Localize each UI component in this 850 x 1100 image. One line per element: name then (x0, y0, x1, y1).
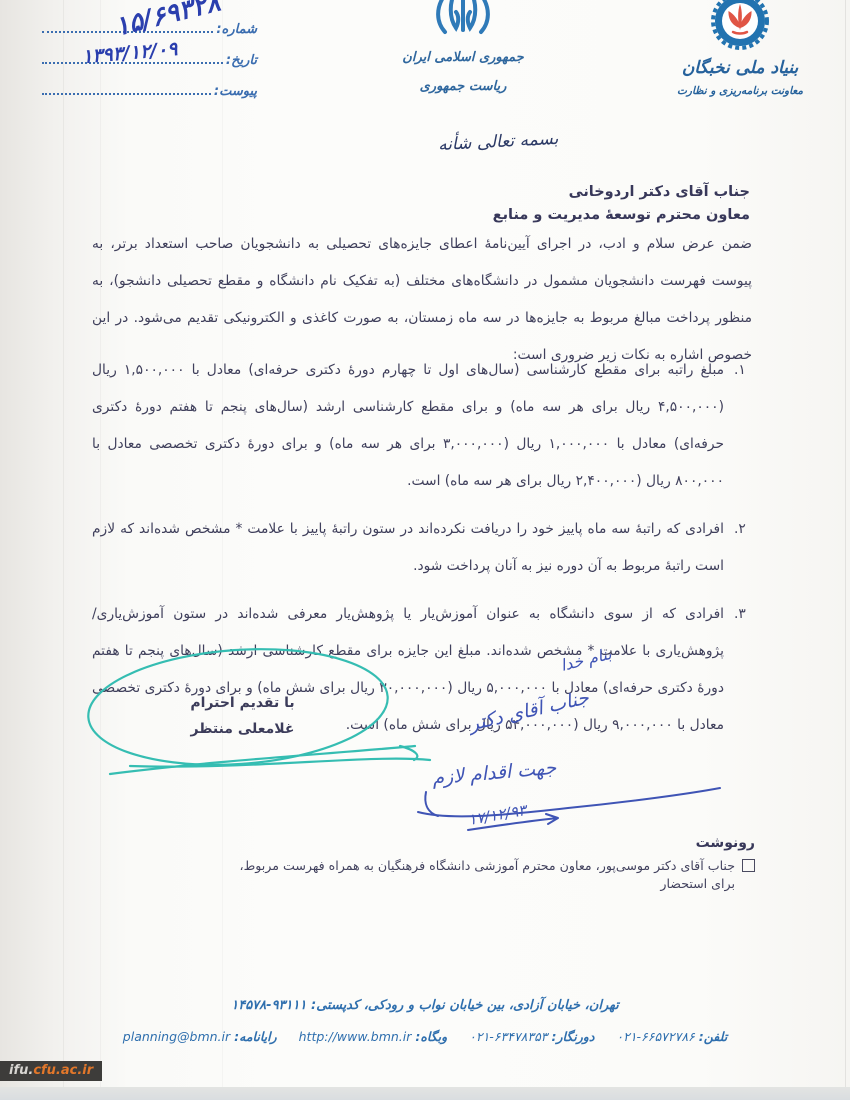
foundation-name: بنیاد ملی نخبگان (655, 58, 825, 78)
signature-block: با تقدیم احترام غلامعلی منتظر (155, 690, 330, 742)
footer-email-value: planning@bmn.ir (123, 1029, 230, 1044)
reference-block: شماره: تاریخ: پیوست: ۱۵/۶۹۳۲۸ ۱۳۹۳/۱۲/۰۹ (42, 6, 257, 99)
elites-foundation-logo-icon (655, 0, 825, 58)
gov-line2: ریاست جمهوری (388, 79, 538, 94)
foundation-dept: معاونت برنامه‌ریزی و نظارت (655, 85, 825, 97)
ref-date-label: تاریخ: (226, 53, 257, 68)
footer-email: رایانامه: planning@bmn.ir (123, 1029, 277, 1044)
ref-attachment-dotted-line (42, 92, 211, 95)
site-watermark: ifu.cfu.ac.ir (0, 1061, 102, 1081)
watermark-domain: cfu.ac.ir (33, 1063, 93, 1078)
footer-email-label: رایانامه: (234, 1029, 276, 1044)
footer-contacts: تلفن: ۰۲۱-۶۶۵۷۲۷۸۶ دورنگار: ۰۲۱-۶۳۴۷۸۳۵۳… (0, 1029, 850, 1044)
ref-attachment-row: پیوست: (42, 68, 257, 99)
cc-item-text: جناب آقای دکتر موسی‌پور، معاون محترم آمو… (225, 857, 735, 893)
cc-title: رونوشت (225, 835, 755, 851)
footer-address: تهران، خیابان آزادی، بین خیابان نواب و ر… (0, 998, 850, 1013)
footer-web-value: http://www.bmn.ir (299, 1029, 412, 1044)
footer-fax: دورنگار: ۰۲۱-۶۳۴۷۸۳۵۳ (469, 1029, 594, 1044)
list-item: ۲. افرادی که راتبهٔ سه ماه پاییز خود را … (92, 511, 752, 585)
footer-fax-label: دورنگار: (552, 1029, 595, 1044)
gov-line1: جمهوری اسلامی ایران (388, 50, 538, 65)
checkbox-icon (742, 859, 755, 872)
iran-emblem-icon (388, 0, 538, 46)
footer-web: وبگاه: http://www.bmn.ir (299, 1029, 448, 1044)
list-item-number: ۲. (734, 511, 752, 585)
scanned-letter-page: شماره: تاریخ: پیوست: ۱۵/۶۹۳۲۸ ۱۳۹۳/۱۲/۰۹ (0, 0, 850, 1100)
foundation-header: بنیاد ملی نخبگان معاونت برنامه‌ریزی و نظ… (655, 0, 825, 97)
list-item-text: مبلغ راتبه برای مقطع کارشناسی (سال‌های ا… (92, 352, 724, 500)
government-header: جمهوری اسلامی ایران ریاست جمهوری (388, 0, 538, 94)
letter-footer: تهران، خیابان آزادی، بین خیابان نواب و ر… (0, 998, 850, 1044)
recipient-block: جناب آقای دکتر اردوخانی معاون محترم توسع… (493, 181, 750, 227)
cc-item-row: جناب آقای دکتر موسی‌پور، معاون محترم آمو… (225, 857, 755, 893)
list-item: ۱. مبلغ راتبه برای مقطع کارشناسی (سال‌ها… (92, 352, 752, 500)
recipient-title: معاون محترم توسعهٔ مدیریت و منابع (493, 204, 750, 227)
handwritten-underline-stroke (408, 778, 728, 842)
list-item-text: افرادی که راتبهٔ سه ماه پاییز خود را دری… (92, 511, 724, 585)
recipient-name: جناب آقای دکتر اردوخانی (493, 181, 750, 204)
signature-respect-line: با تقدیم احترام (155, 690, 330, 716)
ref-number-label: شماره: (216, 22, 257, 37)
basmala-handwritten: بسمه تعالی شأنه (438, 129, 559, 155)
scan-edge (845, 0, 846, 1100)
footer-phone-label: تلفن: (699, 1029, 727, 1044)
footer-phone: تلفن: ۰۲۱-۶۶۵۷۲۷۸۶ (616, 1029, 727, 1044)
watermark-prefix: ifu. (9, 1063, 33, 1078)
list-item-number: ۱. (734, 352, 752, 500)
list-item-number: ۳. (734, 596, 752, 744)
footer-fax-value: ۰۲۱-۶۳۴۷۸۳۵۳ (469, 1029, 547, 1044)
signatory-name: غلامعلی منتظر (155, 716, 330, 742)
ref-attachment-label: پیوست: (214, 84, 257, 99)
footer-phone-value: ۰۲۱-۶۶۵۷۲۷۸۶ (616, 1029, 694, 1044)
footer-web-label: وبگاه: (415, 1029, 447, 1044)
scan-crease (63, 0, 64, 1100)
cc-block: رونوشت جناب آقای دکتر موسی‌پور، معاون مح… (225, 835, 755, 893)
scan-bottom-edge (0, 1087, 850, 1100)
